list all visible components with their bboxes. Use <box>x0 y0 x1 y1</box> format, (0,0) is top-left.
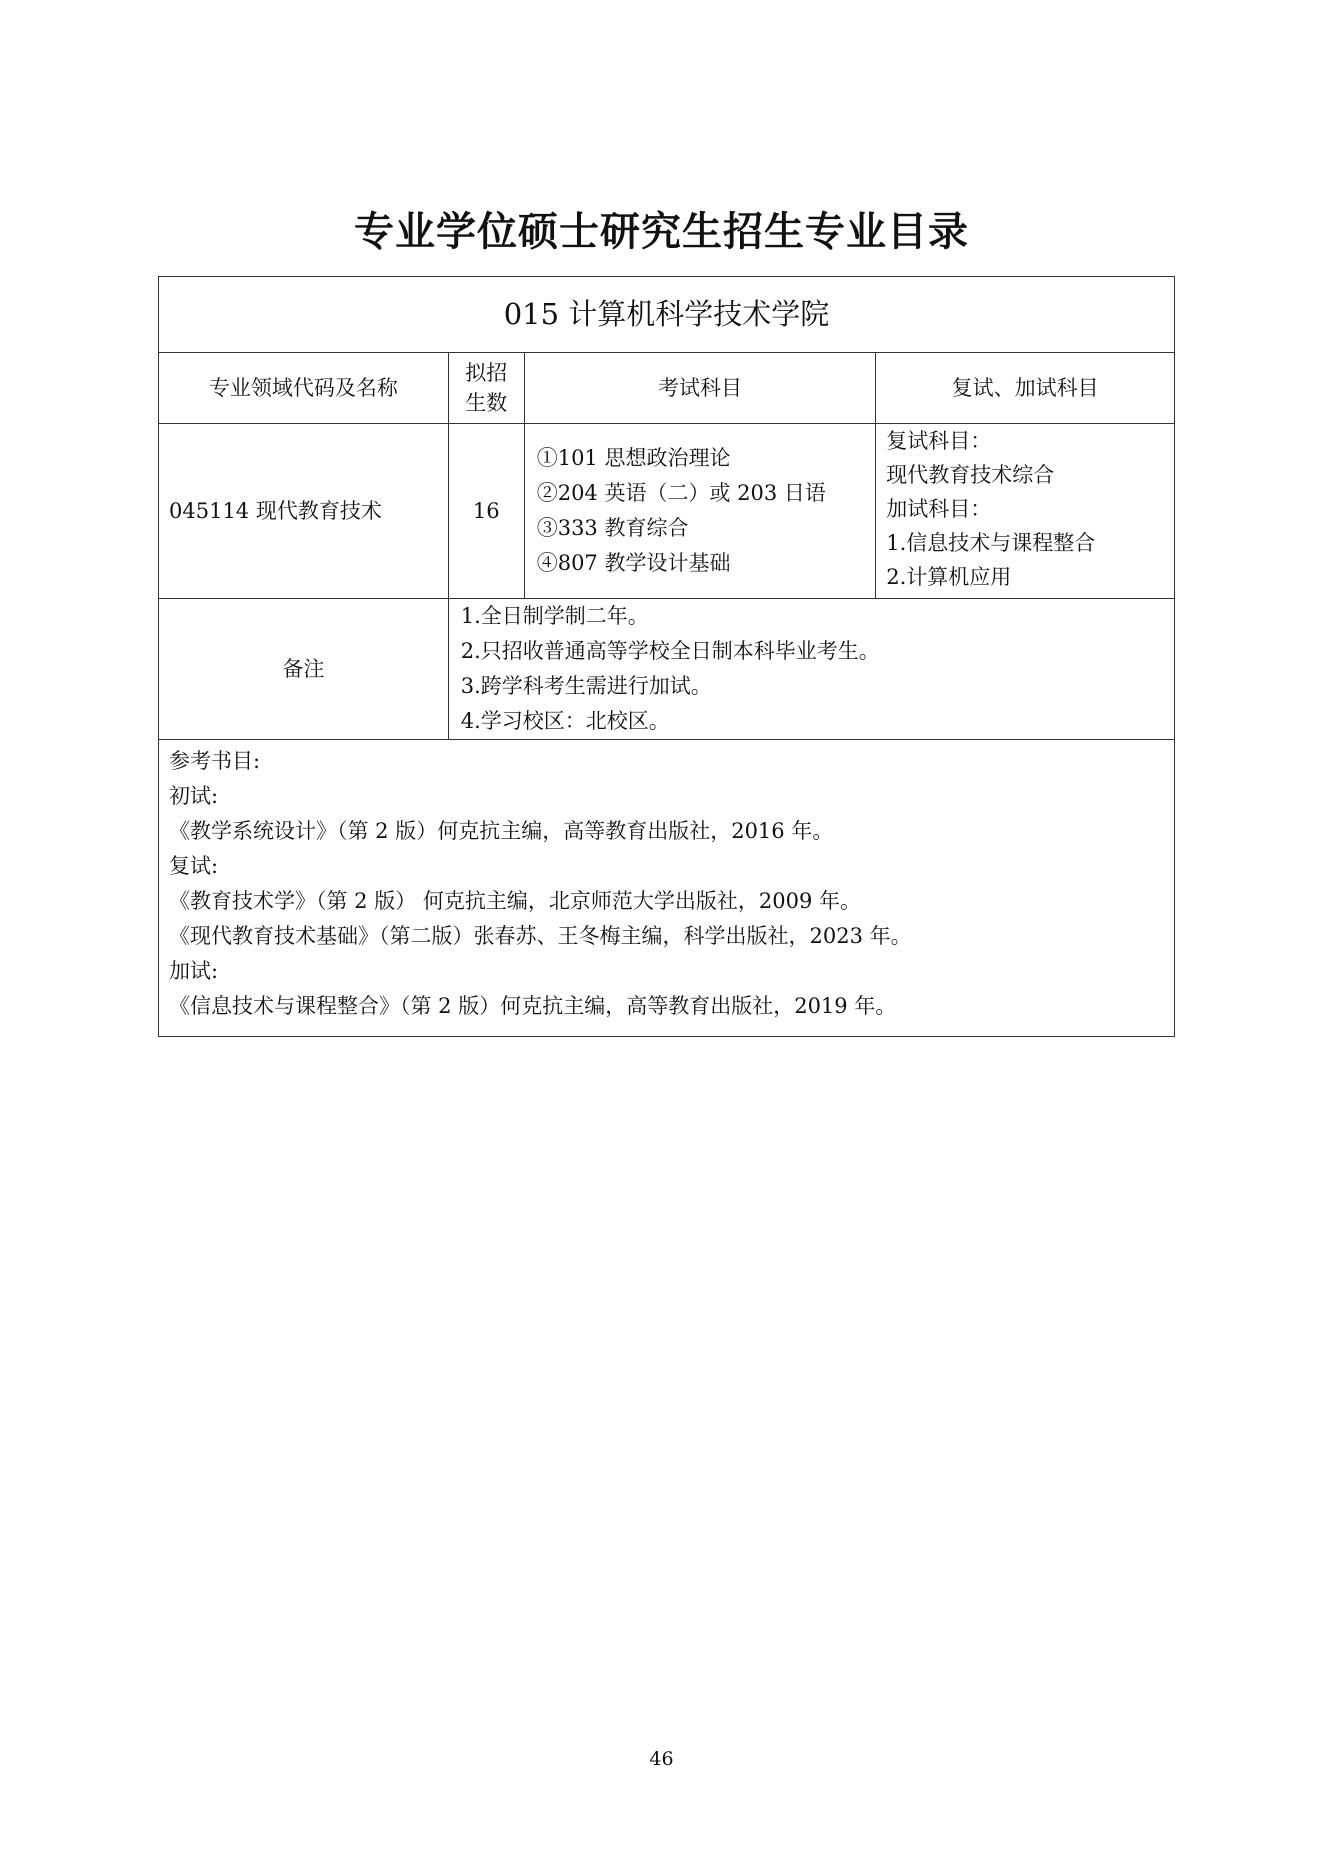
retest-subjects: 复试科目： 现代教育技术综合 加试科目： 1.信息技术与课程整合 2.计算机应用 <box>876 424 1175 599</box>
references: 参考书目: 初试: 《教学系统设计》（第 2 版）何克抗主编，高等教育出版社，2… <box>159 740 1175 1037</box>
header-retest: 复试、加试科目 <box>876 353 1175 424</box>
notes-label: 备注 <box>159 599 449 740</box>
header-exam: 考试科目 <box>524 353 876 424</box>
exam-subjects: ①101 思想政治理论 ②204 英语（二）或 203 日语 ③333 教育综合… <box>524 424 876 599</box>
header-row: 专业领域代码及名称 拟招 生数 考试科目 复试、加试科目 <box>159 353 1175 424</box>
references-row: 参考书目: 初试: 《教学系统设计》（第 2 版）何克抗主编，高等教育出版社，2… <box>159 740 1175 1037</box>
header-plan: 拟招 生数 <box>448 353 524 424</box>
notes-row: 备注 1.全日制学制二年。 2.只招收普通高等学校全日制本科毕业考生。 3.跨学… <box>159 599 1175 740</box>
page-number: 46 <box>0 1748 1323 1770</box>
plan-count: 16 <box>448 424 524 599</box>
catalog-table: 015 计算机科学技术学院 专业领域代码及名称 拟招 生数 考试科目 复试、加试… <box>158 276 1175 1037</box>
college-name: 015 计算机科学技术学院 <box>159 277 1175 353</box>
table-row: 045114 现代教育技术 16 ①101 思想政治理论 ②204 英语（二）或… <box>159 424 1175 599</box>
notes-list: 1.全日制学制二年。 2.只招收普通高等学校全日制本科毕业考生。 3.跨学科考生… <box>448 599 1174 740</box>
major-name: 045114 现代教育技术 <box>159 424 449 599</box>
page-title: 专业学位硕士研究生招生专业目录 <box>0 200 1323 257</box>
header-major: 专业领域代码及名称 <box>159 353 449 424</box>
